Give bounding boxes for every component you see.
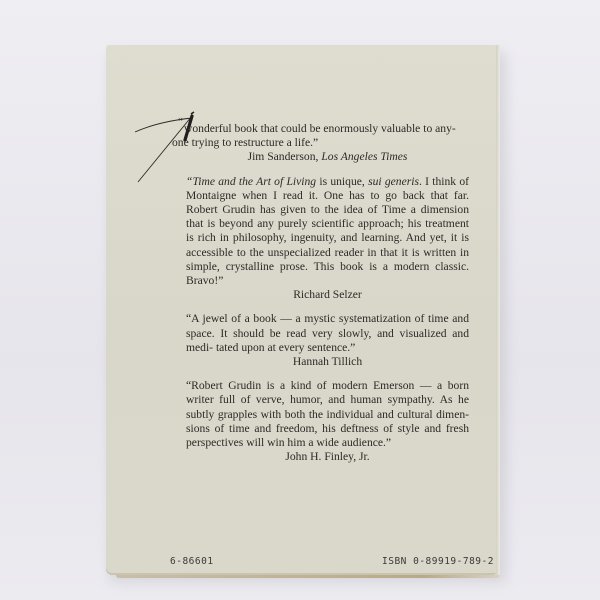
catalog-code: 6-86601 <box>170 556 214 567</box>
attribution-author: Hannah Tillich <box>293 355 362 368</box>
attribution-author: Richard Selzer <box>293 288 362 301</box>
quote-text: is unique, <box>316 175 368 188</box>
isbn: ISBN 0-89919-789-2 <box>382 556 494 567</box>
attribution-source: Los Angeles Times <box>321 150 407 163</box>
quote-text: “A jewel of a book — a mystic systematiz… <box>186 312 469 353</box>
review-quote: “A jewel of a book — a mystic systematiz… <box>186 312 469 355</box>
quote-attribution: Jim Sanderson, Los Angeles Times <box>186 150 469 164</box>
quote-attribution: John H. Finley, Jr. <box>186 450 469 464</box>
quote-text: “Robert Grudin is a kind of modern Emers… <box>186 379 469 449</box>
review-quote: wonderful book that could be enormously … <box>172 122 469 150</box>
review-quote: “Robert Grudin is a kind of modern Emers… <box>186 379 469 450</box>
attribution-author: John H. Finley, Jr. <box>285 450 369 463</box>
review-quotes: wonderful book that could be enormously … <box>186 122 469 464</box>
page-edges <box>116 575 500 578</box>
quote-attribution: Richard Selzer <box>186 288 469 302</box>
quote-text: wonderful book that could be enormously … <box>172 122 456 149</box>
review-quote: “Time and the Art of Living is unique, s… <box>186 175 469 289</box>
cover-right-edge <box>496 45 500 575</box>
attribution-author: Jim Sanderson, <box>248 150 319 163</box>
quote-attribution: Hannah Tillich <box>186 355 469 369</box>
quote-text: . I think of Montaigne when I read it. O… <box>186 175 469 287</box>
blurb-column: wonderful book that could be enormously … <box>186 122 469 474</box>
italic-text: “Time and the Art of Living <box>186 175 316 188</box>
italic-text: sui generis <box>368 175 419 188</box>
